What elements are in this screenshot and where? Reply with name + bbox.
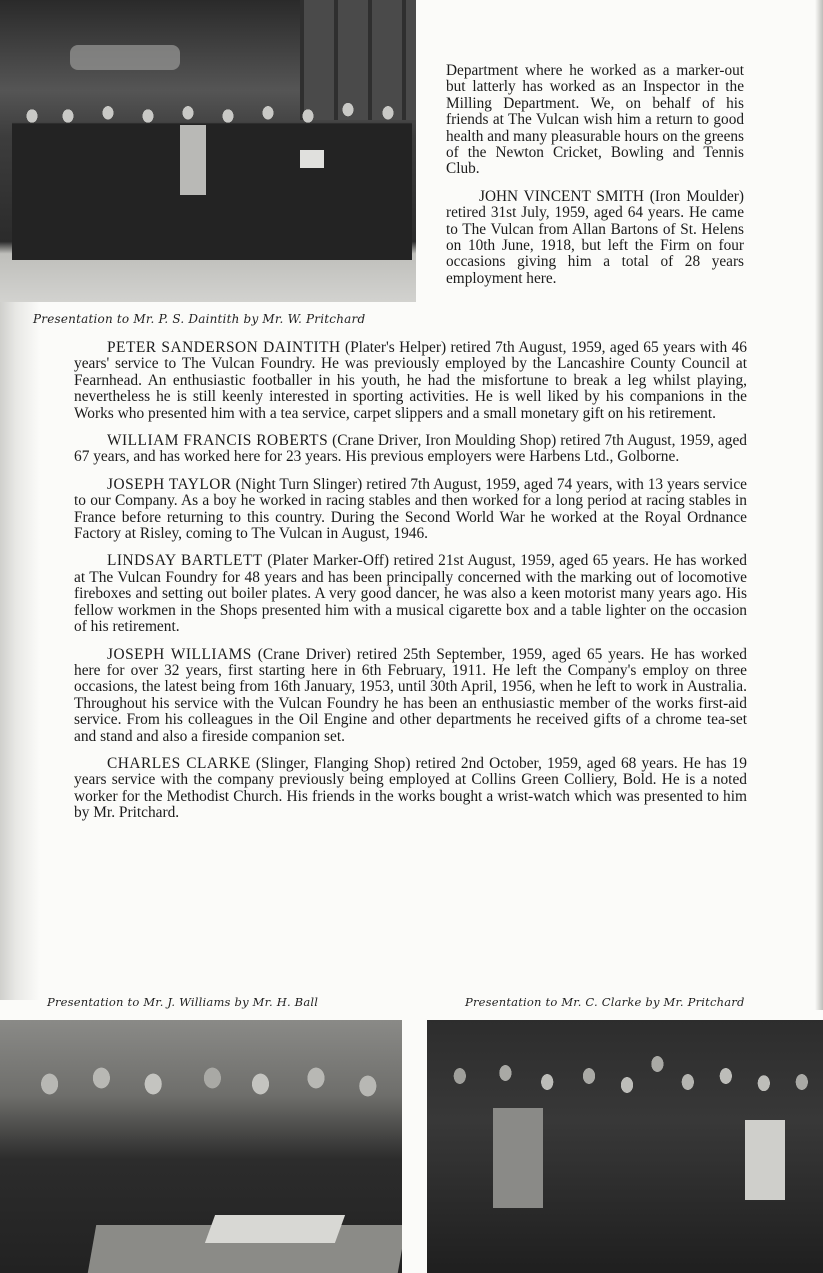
photo-light-coat-figure: [180, 125, 206, 195]
entry-peter-sanderson-daintith: PETER SANDERSON DAINTITH (Plater's Helpe…: [74, 340, 747, 422]
entry-lindsay-bartlett: LINDSAY BARTLETT (Plater Marker-Off) ret…: [74, 553, 747, 635]
continuation-paragraph: Department where he worked as a marker-o…: [446, 63, 744, 178]
photo-clarke-presentation: [427, 1020, 823, 1273]
page-edge-shadow-left: [0, 300, 40, 1000]
entry-name: JOSEPH TAYLOR: [107, 476, 232, 493]
entry-joseph-taylor: JOSEPH TAYLOR (Night Turn Slinger) retir…: [74, 477, 747, 543]
main-article-body: PETER SANDERSON DAINTITH (Plater's Helpe…: [74, 340, 747, 833]
photo-daintith-presentation: [0, 0, 416, 302]
caption-bottom-left-photo: Presentation to Mr. J. Williams by Mr. H…: [47, 995, 318, 1009]
entry-name: CHARLES CLARKE: [107, 755, 251, 772]
photo-group-heads: [20, 1060, 390, 1100]
photo-tea-set-on-cloth: [205, 1215, 345, 1243]
photo-group-heads: [437, 1040, 817, 1100]
entry-john-vincent-smith: JOHN VINCENT SMITH (Iron Moulder) retire…: [446, 189, 744, 287]
entry-name: JOSEPH WILLIAMS: [107, 646, 252, 663]
photo-light-jacket-figure: [493, 1108, 543, 1208]
photo-williams-presentation: [0, 1020, 402, 1273]
photo-background-machinery: [70, 45, 180, 70]
right-column-text: Department where he worked as a marker-o…: [446, 63, 744, 287]
entry-name: WILLIAM FRANCIS ROBERTS: [107, 432, 328, 449]
photo-group-of-workers: [12, 100, 412, 260]
entry-joseph-williams: JOSEPH WILLIAMS (Crane Driver) retired 2…: [74, 647, 747, 745]
entry-name: LINDSAY BARTLETT: [107, 552, 263, 569]
entry-name: JOHN VINCENT SMITH: [479, 188, 644, 205]
entry-charles-clarke: CHARLES CLARKE (Slinger, Flanging Shop) …: [74, 756, 747, 822]
entry-william-francis-roberts: WILLIAM FRANCIS ROBERTS (Crane Driver, I…: [74, 433, 747, 466]
caption-top-photo: Presentation to Mr. P. S. Daintith by Mr…: [33, 312, 365, 326]
caption-bottom-right-photo: Presentation to Mr. C. Clarke by Mr. Pri…: [465, 995, 745, 1009]
page-edge-shadow-right: [815, 0, 823, 1010]
photo-white-shirt-figure: [745, 1120, 785, 1200]
photo-parcel: [300, 150, 324, 168]
entry-name: PETER SANDERSON DAINTITH: [107, 339, 341, 356]
